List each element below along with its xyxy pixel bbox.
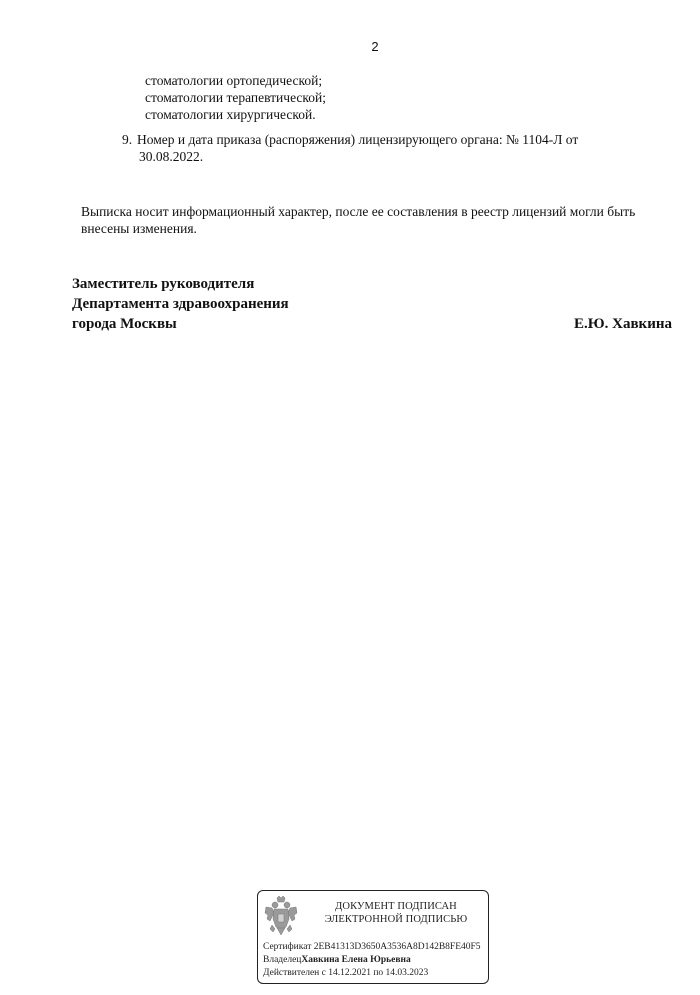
signature-block: Заместитель руководителя Департамента зд… xyxy=(72,274,672,334)
owner-label: Владелец xyxy=(263,955,301,965)
order-info-line1: Номер и дата приказа (распоряжения) лице… xyxy=(122,131,642,148)
signer-position-line2: Департамента здравоохранения xyxy=(72,294,672,314)
owner-row: ВладелецХавкина Елена Юрьевна xyxy=(263,954,481,967)
stamp-title-line1: ДОКУМЕНТ ПОДПИСАН xyxy=(306,900,486,913)
certificate-label: Сертификат xyxy=(263,942,311,952)
owner-value: Хавкина Елена Юрьевна xyxy=(301,955,410,965)
informational-notice: Выписка носит информационный характер, п… xyxy=(81,203,681,237)
electronic-signature-stamp: ДОКУМЕНТ ПОДПИСАН ЭЛЕКТРОННОЙ ПОДПИСЬЮ С… xyxy=(257,890,489,984)
stamp-details: Сертификат 2EB41313D3650A3536A8D142B8FE4… xyxy=(263,941,481,980)
validity-row: Действителен с 14.12.2021 по 14.03.2023 xyxy=(263,967,481,980)
stamp-title: ДОКУМЕНТ ПОДПИСАН ЭЛЕКТРОННОЙ ПОДПИСЬЮ xyxy=(306,900,486,926)
subitem-surgical: стоматологии хирургической. xyxy=(145,106,326,123)
license-subitems: стоматологии ортопедической; стоматологи… xyxy=(145,72,326,123)
item-number: 9. xyxy=(122,131,132,148)
subitem-orthopedic: стоматологии ортопедической; xyxy=(145,72,326,89)
page-number: 2 xyxy=(0,39,700,54)
signer-position-line1: Заместитель руководителя xyxy=(72,274,672,294)
certificate-value: 2EB41313D3650A3536A8D142B8FE40F5 xyxy=(314,942,481,952)
signer-name: Е.Ю. Хавкина xyxy=(574,314,672,334)
order-info-line2: 30.08.2022. xyxy=(122,148,642,165)
subitem-therapeutic: стоматологии терапевтической; xyxy=(145,89,326,106)
russian-coat-of-arms-icon xyxy=(264,895,298,939)
list-item-9: 9. Номер и дата приказа (распоряжения) л… xyxy=(122,131,642,165)
stamp-title-line2: ЭЛЕКТРОННОЙ ПОДПИСЬЮ xyxy=(306,913,486,926)
certificate-row: Сертификат 2EB41313D3650A3536A8D142B8FE4… xyxy=(263,941,481,954)
